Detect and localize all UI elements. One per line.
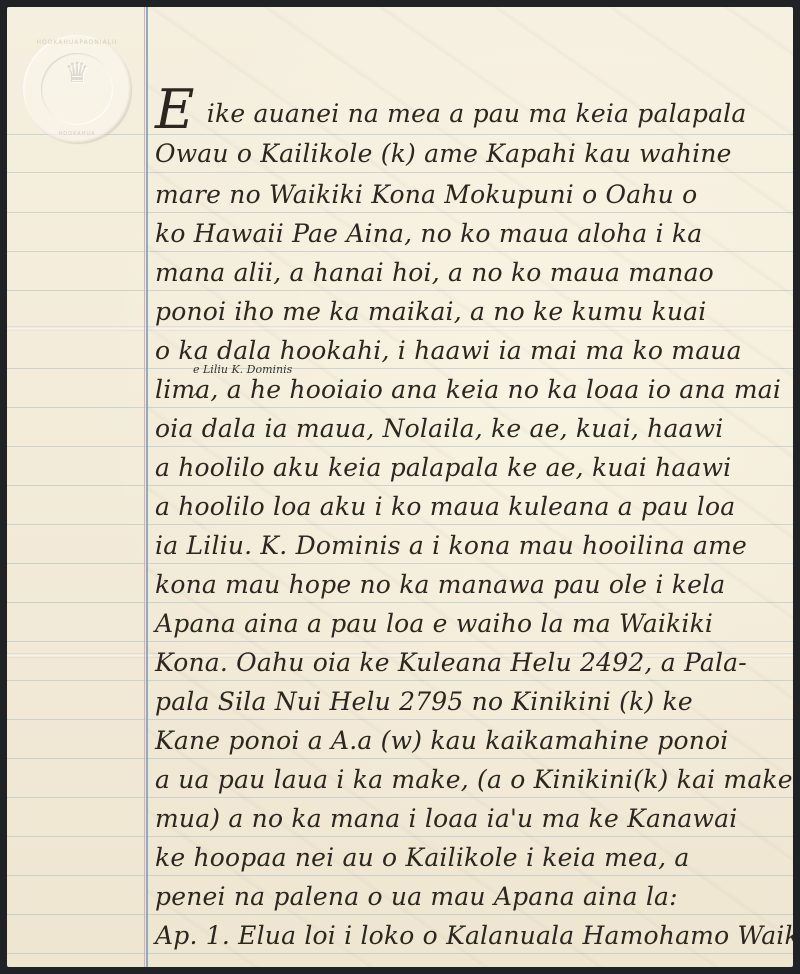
margin-line-blue	[146, 7, 148, 967]
text-line: mana alii, a hanai hoi, a no ko maua man…	[155, 258, 714, 287]
deed-page: HOOKAHUAPAONIALII ♛ HOOKAHUA E ike auane…	[7, 7, 793, 967]
text-line: lima, a he hooiaio ana keia no ka loaa i…	[155, 375, 781, 404]
text-line: Ap. 1. Elua loi i loko o Kalanuala Hamoh…	[155, 921, 793, 950]
ruled-line	[7, 875, 793, 876]
text-line: a hoolilo aku keia palapala ke ae, kuai …	[155, 453, 731, 482]
text-line: Owau o Kailikole (k) ame Kapahi kau wahi…	[155, 139, 732, 168]
ruled-line	[7, 407, 793, 408]
text-line: Kona. Oahu oia ke Kuleana Helu 2492, a P…	[155, 648, 747, 677]
text-line: ko Hawaii Pae Aina, no ko maua aloha i k…	[155, 219, 702, 248]
ruled-line	[7, 446, 793, 447]
ruled-line	[7, 368, 793, 369]
ruled-line	[7, 172, 793, 173]
text-line: ponoi iho me ka maikai, a no ke kumu kua…	[155, 297, 706, 326]
text-line: a hoolilo loa aku i ko maua kuleana a pa…	[155, 492, 735, 521]
text-line: a ua pau laua i ka make, (a o Kinikini(k…	[155, 765, 793, 794]
ruled-line	[7, 251, 793, 252]
ruled-line	[7, 602, 793, 603]
text-line: penei na palena o ua mau Apana aina la:	[155, 882, 678, 911]
scan-background: HOOKAHUAPAONIALII ♛ HOOKAHUA E ike auane…	[0, 0, 800, 974]
ruled-line	[7, 290, 793, 291]
ruled-line	[7, 953, 793, 954]
ruled-line	[7, 212, 793, 213]
text-line: o ka dala hookahi, i haawi ia mai ma ko …	[155, 336, 742, 365]
text-line: oia dala ia maua, Nolaila, ke ae, kuai, …	[155, 414, 723, 443]
ruled-line	[7, 797, 793, 798]
ruled-line	[7, 641, 793, 642]
embossed-seal: HOOKAHUAPAONIALII ♛ HOOKAHUA	[23, 35, 131, 143]
margin-line-pink	[144, 7, 145, 967]
text-line: mare no Waikiki Kona Mokupuni o Oahu o	[155, 180, 697, 209]
text-line: pala Sila Nui Helu 2795 no Kinikini (k) …	[155, 687, 693, 716]
text-line: ke hoopaa nei au o Kailikole i keia mea,…	[155, 843, 690, 872]
ruled-line	[7, 758, 793, 759]
text-line: ia Liliu. K. Dominis a i kona mau hooili…	[155, 531, 747, 560]
seal-ring-text: HOOKAHUAPAONIALII	[23, 39, 131, 46]
text-line: Apana aina a pau loa e waiho la ma Waiki…	[155, 609, 713, 638]
crown-icon: ♛	[23, 59, 131, 87]
text-line: kona mau hope no ka manawa pau ole i kel…	[155, 570, 725, 599]
text-line: mua) a no ka mana i loaa ia'u ma ke Kana…	[155, 804, 737, 833]
text-line: Kane ponoi a A.a (w) kau kaikamahine pon…	[155, 726, 729, 755]
ruled-line	[7, 563, 793, 564]
fold-crease	[7, 326, 793, 331]
ruled-line	[7, 719, 793, 720]
ruled-line	[7, 680, 793, 681]
seal-ring-text-bottom: HOOKAHUA	[23, 131, 131, 137]
ruled-line	[7, 914, 793, 915]
text-line: E ike auanei na mea a pau ma keia palapa…	[155, 83, 747, 137]
ruled-line	[7, 524, 793, 525]
ruled-line	[7, 836, 793, 837]
drop-cap: E	[155, 78, 195, 141]
ruled-line	[7, 485, 793, 486]
